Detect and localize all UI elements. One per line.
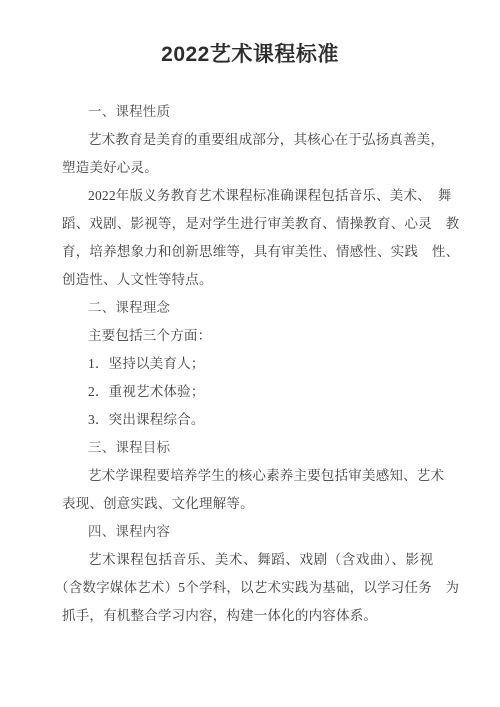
list-item: 3．突出课程综合。 bbox=[62, 406, 438, 434]
paragraph-line: 艺术课程包括音乐、美术、舞蹈、戏剧（含戏曲）、影视 bbox=[62, 546, 438, 574]
paragraph-line: 塑造美好心灵。 bbox=[62, 154, 438, 182]
paragraph-line: 育，培养想象力和创新思维等，具有审美性、情感性、实践 性、 bbox=[62, 238, 438, 266]
paragraph-line: 蹈、戏剧、影视等，是对学生进行审美教育、情操教育、心灵 教 bbox=[62, 210, 438, 238]
document-body: 一、课程性质 艺术教育是美育的重要组成部分，其核心在于弘扬真善美， 塑造美好心灵… bbox=[62, 98, 438, 630]
paragraph-line: 2022年版义务教育艺术课程标准确课程包括音乐、美术、 舞 bbox=[62, 182, 438, 210]
paragraph-line: 抓手，有机整合学习内容，构建一体化的内容体系。 bbox=[62, 602, 438, 630]
list-item: 2．重视艺术体验； bbox=[62, 378, 438, 406]
paragraph-line: （含数字媒体艺术）5个学科，以艺术实践为基础，以学习任务 为 bbox=[55, 574, 438, 602]
paragraph-line: 创造性、人文性等特点。 bbox=[62, 266, 438, 294]
section-heading-course-goal: 三、课程目标 bbox=[62, 434, 438, 462]
section-heading-course-nature: 一、课程性质 bbox=[62, 98, 438, 126]
page-title: 2022艺术课程标准 bbox=[0, 0, 500, 68]
section-heading-course-content: 四、课程内容 bbox=[62, 518, 438, 546]
document-page: 2022艺术课程标准 一、课程性质 艺术教育是美育的重要组成部分，其核心在于弘扬… bbox=[0, 0, 500, 707]
list-item: 1．坚持以美育人； bbox=[62, 350, 438, 378]
paragraph-line: 表现、创意实践、文化理解等。 bbox=[62, 490, 438, 518]
page-title-text: 2022艺术课程标准 bbox=[161, 43, 339, 66]
paragraph-line: 艺术教育是美育的重要组成部分，其核心在于弘扬真善美， bbox=[62, 126, 438, 154]
section-heading-course-concept: 二、课程理念 bbox=[62, 294, 438, 322]
paragraph-line: 艺术学课程要培养学生的核心素养主要包括审美感知、艺术 bbox=[62, 462, 438, 490]
paragraph-line: 主要包括三个方面： bbox=[62, 322, 438, 350]
